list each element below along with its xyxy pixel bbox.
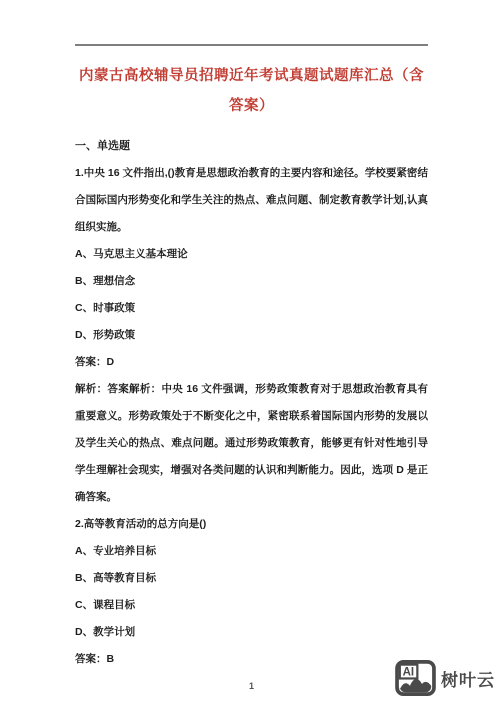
section-heading: 一、单选题	[75, 133, 428, 160]
answer-line: 答案：B	[75, 646, 428, 673]
ai-picture-icon: AI	[395, 660, 436, 696]
option-a: A、马克思主义基本理论	[75, 241, 428, 268]
page-number: 1	[75, 679, 428, 693]
document-title: 内蒙古高校辅导员招聘近年考试真题试题库汇总（含答案）	[75, 61, 428, 121]
document-page: 内蒙古高校辅导员招聘近年考试真题试题库汇总（含答案） 一、单选题 1.中央 16…	[0, 0, 500, 707]
ai-logo-text: AI	[403, 667, 415, 679]
option-c: C、课程目标	[75, 592, 428, 619]
question-stem: 2.高等教育活动的总方向是()	[75, 511, 428, 538]
watermark: AI 树叶云	[395, 660, 495, 696]
question-stem: 1.中央 16 文件指出,()教育是思想政治教育的主要内容和途径。学校要紧密结合…	[75, 160, 428, 241]
option-d: D、形势政策	[75, 322, 428, 349]
option-b: B、理想信念	[75, 268, 428, 295]
title-divider-rule	[75, 44, 428, 46]
analysis-text: 解析：答案解析：中央 16 文件强调，形势政策教育对于思想政治教育具有重要意义。…	[75, 376, 428, 511]
question-block-2: 2.高等教育活动的总方向是() A、专业培养目标 B、高等教育目标 C、课程目标…	[75, 511, 428, 673]
watermark-label: 树叶云	[441, 666, 495, 691]
option-a: A、专业培养目标	[75, 538, 428, 565]
option-c: C、时事政策	[75, 295, 428, 322]
document-content: 内蒙古高校辅导员招聘近年考试真题试题库汇总（含答案） 一、单选题 1.中央 16…	[0, 44, 500, 693]
question-block-1: 1.中央 16 文件指出,()教育是思想政治教育的主要内容和途径。学校要紧密结合…	[75, 160, 428, 511]
option-d: D、教学计划	[75, 619, 428, 646]
answer-line: 答案：D	[75, 349, 428, 376]
option-b: B、高等教育目标	[75, 565, 428, 592]
